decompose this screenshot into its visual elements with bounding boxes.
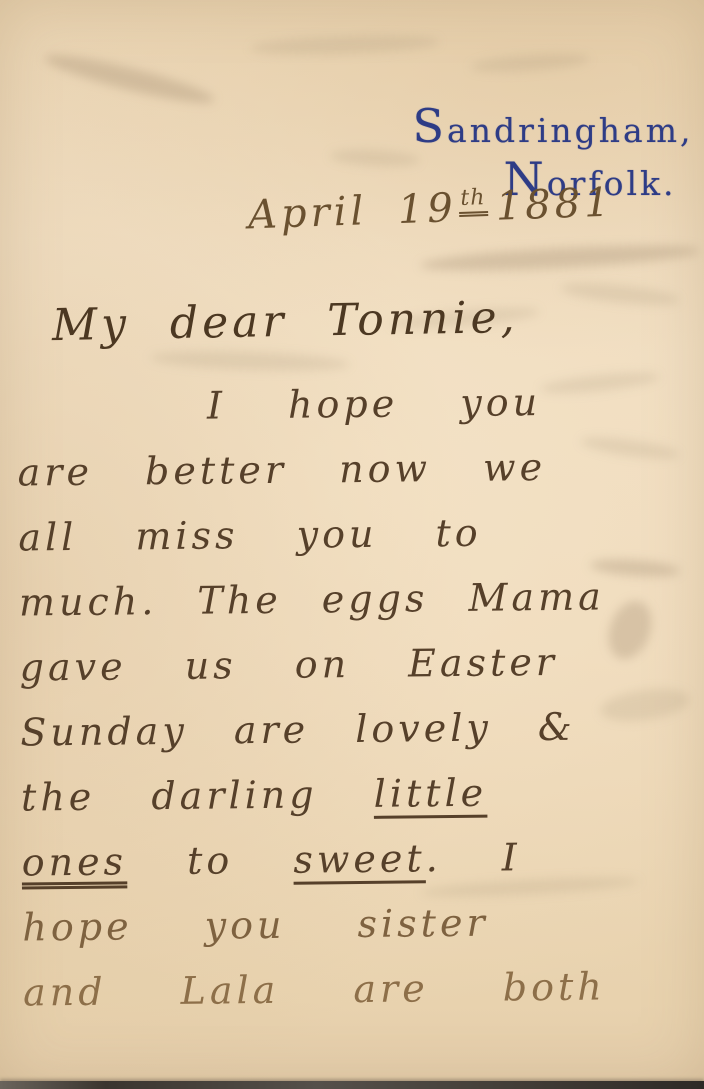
letter-body: I hope you are better now we all miss yo… <box>17 368 702 1025</box>
underlined-word: little <box>373 771 487 816</box>
letter-line: the darling little <box>21 758 700 830</box>
letter-line: all miss you to <box>18 498 697 570</box>
letter-line: and Lala are both <box>23 953 702 1025</box>
letter-line: much. The eggs Mama <box>19 563 698 635</box>
letterhead-estate: Sandringham, <box>402 103 704 154</box>
letter-line: hope you sister <box>22 888 701 960</box>
bleed-through-mark <box>470 51 591 75</box>
date-year: 1881 <box>495 180 614 230</box>
letter-line: I hope you <box>207 368 696 438</box>
underlined-word: sweet <box>293 836 426 881</box>
date-line: April 19th1881 <box>247 180 614 241</box>
bleed-through-mark <box>150 349 351 374</box>
line-text: are better now we <box>17 445 546 495</box>
date-ordinal-suffix: th <box>458 185 488 217</box>
letter-line: gave us on Easter <box>19 628 698 700</box>
line-text: . I <box>425 835 521 880</box>
line-text: much. The eggs Mama <box>19 574 605 624</box>
letter-page: Sandringham, Norfolk. April 19th1881 My … <box>0 0 704 1089</box>
letter-line: Sunday are lovely & <box>20 693 699 765</box>
salutation: My dear Tonnie, <box>52 292 519 351</box>
letter-line: ones to sweet. I <box>21 823 700 895</box>
bleed-through-mark <box>250 33 441 58</box>
line-text: gave us on Easter <box>19 640 558 690</box>
bleed-through-mark <box>420 241 701 276</box>
bleed-through-mark <box>559 279 680 309</box>
line-text: hope you sister <box>22 901 489 950</box>
letter-line: are better now we <box>17 433 696 505</box>
line-text: I hope you <box>207 380 542 427</box>
line-text: Sunday are lovely & <box>20 705 576 755</box>
double-underlined-word: ones <box>21 839 127 884</box>
line-text: to <box>127 838 294 884</box>
scan-edge <box>0 1081 704 1089</box>
date-month-day: April 19 <box>247 185 457 238</box>
line-text: all miss you to <box>18 511 482 560</box>
bleed-through-mark <box>42 47 217 111</box>
line-text: and Lala are both <box>23 964 606 1014</box>
line-text: the darling <box>21 772 374 820</box>
